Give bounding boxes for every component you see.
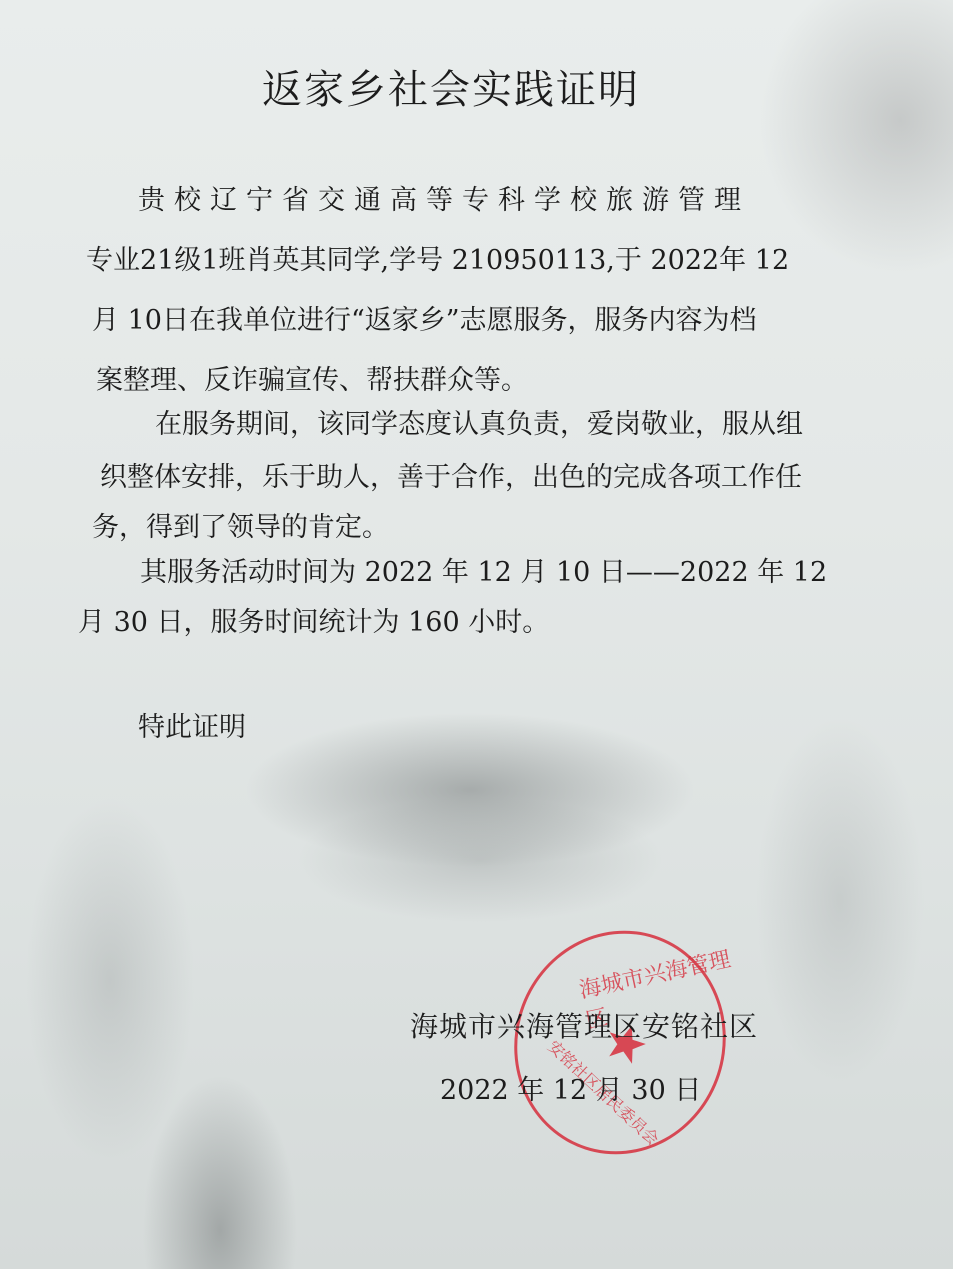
body-line-3: 月 10日在我单位进行“返家乡”志愿服务，服务内容为档 xyxy=(92,298,757,337)
body-line-6: 织整体安排，乐于助人，善于合作，出色的完成各项工作任 xyxy=(100,455,802,494)
signature-organization: 海城市兴海管理区安铭社区 xyxy=(410,1005,758,1045)
body-line-1: 贵校辽宁省交通高等专科学校旅游管理 xyxy=(138,178,750,217)
body-line-7: 务，得到了领导的肯定。 xyxy=(92,505,389,544)
body-line-5: 在服务期间，该同学态度认真负责，爱岗敬业，服从组 xyxy=(155,402,803,441)
body-line-4: 案整理、反诈骗宣传、帮扶群众等。 xyxy=(96,358,528,397)
body-line-9: 月 30 日，服务时间统计为 160 小时。 xyxy=(78,600,549,639)
body-line-2: 专业21级1班肖英其同学,学号 210950113,于 2022年 12 xyxy=(86,238,789,277)
signature-date: 2022 年 12 月 30 日 xyxy=(440,1068,701,1107)
body-line-8: 其服务活动时间为 2022 年 12 月 10 日——2022 年 12 xyxy=(140,550,827,589)
document-paper: 返家乡社会实践证明 贵校辽宁省交通高等专科学校旅游管理 专业21级1班肖英其同学… xyxy=(0,0,953,1269)
page-title: 返家乡社会实践证明 xyxy=(262,58,640,115)
closing-text: 特此证明 xyxy=(138,705,246,744)
